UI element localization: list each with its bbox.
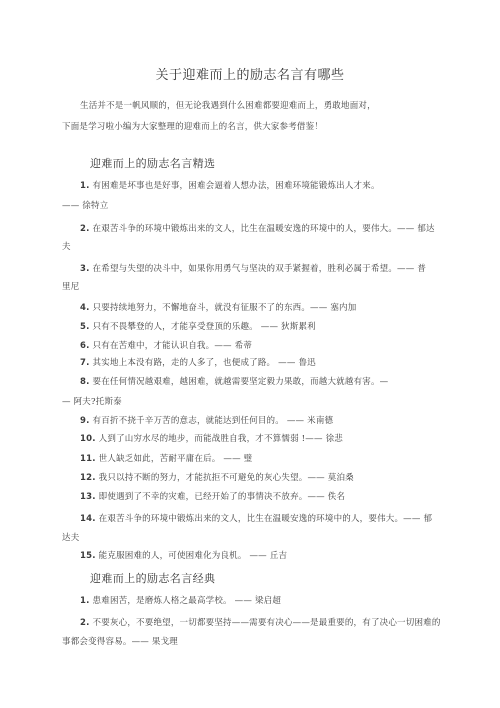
quote-number: 7. (80, 358, 90, 368)
quote-item: 9.有百折不挠千辛万苦的意志，就能达到任何目的。 —— 米南德 (80, 414, 333, 426)
document-title: 关于迎难而上的励志名言有哪些 (0, 64, 500, 83)
quote-number: 9. (80, 416, 90, 426)
quote-text: 即使遇到了不幸的灾难，已经开始了的事情决不放弃。—— 佚名 (99, 492, 346, 502)
quote-text: 只要持续地努力，不懈地奋斗，就没有征服不了的东西。—— 塞内加 (93, 303, 357, 313)
quote-number: 6. (80, 341, 90, 351)
quote-text: 要在任何情况越艰难，越困难，就越需要坚定毅力果敢，而越大就越有害。— (93, 377, 389, 387)
quote-continuation: 达夫 (62, 531, 79, 543)
quote-number: 1. (80, 181, 90, 191)
quote-number: 2. (80, 618, 90, 628)
quote-item: 4.只要持续地努力，不懈地奋斗，就没有征服不了的东西。—— 塞内加 (80, 301, 356, 313)
quote-number: 14. (80, 514, 96, 524)
quote-text: 在希望与失望的决斗中，如果你用勇气与坚决的双手紧握着，胜利必属于希望。—— 普 (93, 264, 427, 274)
quote-item: 10.人到了山穷水尽的地步，而能战胜自我，才不算懦弱 !—— 徐悲 (80, 432, 343, 444)
quote-number: 13. (80, 492, 96, 502)
quote-text: 人到了山穷水尽的地步，而能战胜自我，才不算懦弱 !—— 徐悲 (99, 434, 343, 444)
quote-text: 在艰苦斗争的环境中锻炼出来的文人，比生在温暖安逸的环境中的人，要伟大。—— 郁 (99, 514, 433, 524)
quote-attribution: — 阿夫?托斯泰 (62, 395, 122, 407)
intro-line: 生活并不是一帆风顺的，但无论我遇到什么困难都要迎难而上，勇敢地面对， (80, 99, 376, 111)
section-heading: 迎难而上的励志名言经典 (90, 570, 215, 586)
quote-number: 10. (80, 434, 96, 444)
quote-number: 12. (80, 473, 96, 483)
quote-number: 3. (80, 264, 90, 274)
quote-text: 世人缺乏如此，苦耐平庸在后。 —— 璧 (99, 454, 253, 464)
quote-item: 3.在希望与失望的决斗中，如果你用勇气与坚决的双手紧握着，胜利必属于希望。—— … (80, 262, 426, 274)
quote-item: 6.只有在苦难中，才能认识自我。—— 希蒂 (80, 339, 252, 351)
quote-continuation: 夫 (62, 240, 71, 252)
quote-item: 15.能克服困难的人，可使困难化为良机。 —— 丘吉 (80, 549, 287, 561)
quote-item: 7.其实地上本没有路，走的人多了，也便成了路。 —— 鲁迅 (80, 356, 316, 368)
quote-item: 1.有困难是坏事也是好事，困难会逼着人想办法，困难环境能锻炼出人才来。 (80, 179, 380, 191)
quote-item: 12.我只以持不断的努力，才能抗拒不可避免的灰心失望。—— 莫泊桑 (80, 471, 354, 483)
quote-number: 1. (80, 596, 90, 606)
quote-continuation: 事都会变得容易。—— 果戈理 (62, 635, 178, 647)
quote-text: 有困难是坏事也是好事，困难会逼着人想办法，困难环境能锻炼出人才来。 (93, 181, 380, 191)
quote-item: 8.要在任何情况越艰难，越困难，就越需要坚定毅力果敢，而越大就越有害。— (80, 375, 388, 387)
quote-text: 有百折不挠千辛万苦的意志，就能达到任何目的。 —— 米南德 (93, 416, 334, 426)
quote-number: 11. (80, 454, 96, 464)
quote-item: 2.在艰苦斗争的环境中锻炼出来的文人，比生在温暖安逸的环境中的人，要伟大。—— … (80, 222, 435, 234)
document-page: 关于迎难而上的励志名言有哪些 生活并不是一帆风顺的，但无论我遇到什么困难都要迎难… (0, 0, 500, 708)
quote-number: 4. (80, 303, 90, 313)
quote-attribution: —— 徐特立 (62, 199, 108, 211)
section-heading: 迎难而上的励志名言精选 (90, 155, 215, 171)
quote-number: 15. (80, 551, 96, 561)
quote-text: 只有在苦难中，才能认识自我。—— 希蒂 (93, 341, 253, 351)
quote-text: 其实地上本没有路，走的人多了，也便成了路。 —— 鲁迅 (93, 358, 316, 368)
quote-text: 不要灰心，不要绝望，一切都要坚持——需要有决心——是最重要的，有了决心一切困难的 (93, 618, 441, 628)
quote-item: 11.世人缺乏如此，苦耐平庸在后。 —— 璧 (80, 452, 252, 464)
quote-text: 只有不畏攀登的人，才能享受登顶的乐趣。 —— 狄斯累利 (93, 322, 316, 332)
intro-line: 下面是学习啦小编为大家整理的迎难而上的名言，供大家参考借鉴！ (62, 120, 323, 132)
quote-text: 能克服困难的人，可使困难化为良机。 —— 丘吉 (99, 551, 288, 561)
quote-text: 患难困苦，是磨炼人格之最高学校。 —— 梁启超 (93, 596, 282, 606)
quote-item: 2.不要灰心，不要绝望，一切都要坚持——需要有决心——是最重要的，有了决心一切困… (80, 616, 441, 628)
quote-item: 14.在艰苦斗争的环境中锻炼出来的文人，比生在温暖安逸的环境中的人，要伟大。——… (80, 512, 432, 524)
quote-text: 我只以持不断的努力，才能抗拒不可避免的灰心失望。—— 莫泊桑 (99, 473, 354, 483)
quote-item: 1.患难困苦，是磨炼人格之最高学校。 —— 梁启超 (80, 594, 281, 606)
quote-number: 8. (80, 377, 90, 387)
quote-number: 2. (80, 224, 90, 234)
quote-continuation: 里尼 (62, 280, 79, 292)
quote-item: 5.只有不畏攀登的人，才能享受登顶的乐趣。 —— 狄斯累利 (80, 320, 316, 332)
quote-text: 在艰苦斗争的环境中锻炼出来的文人，比生在温暖安逸的环境中的人，要伟大。—— 郁达 (93, 224, 435, 234)
quote-item: 13.即使遇到了不幸的灾难，已经开始了的事情决不放弃。—— 佚名 (80, 490, 345, 502)
quote-number: 5. (80, 322, 90, 332)
